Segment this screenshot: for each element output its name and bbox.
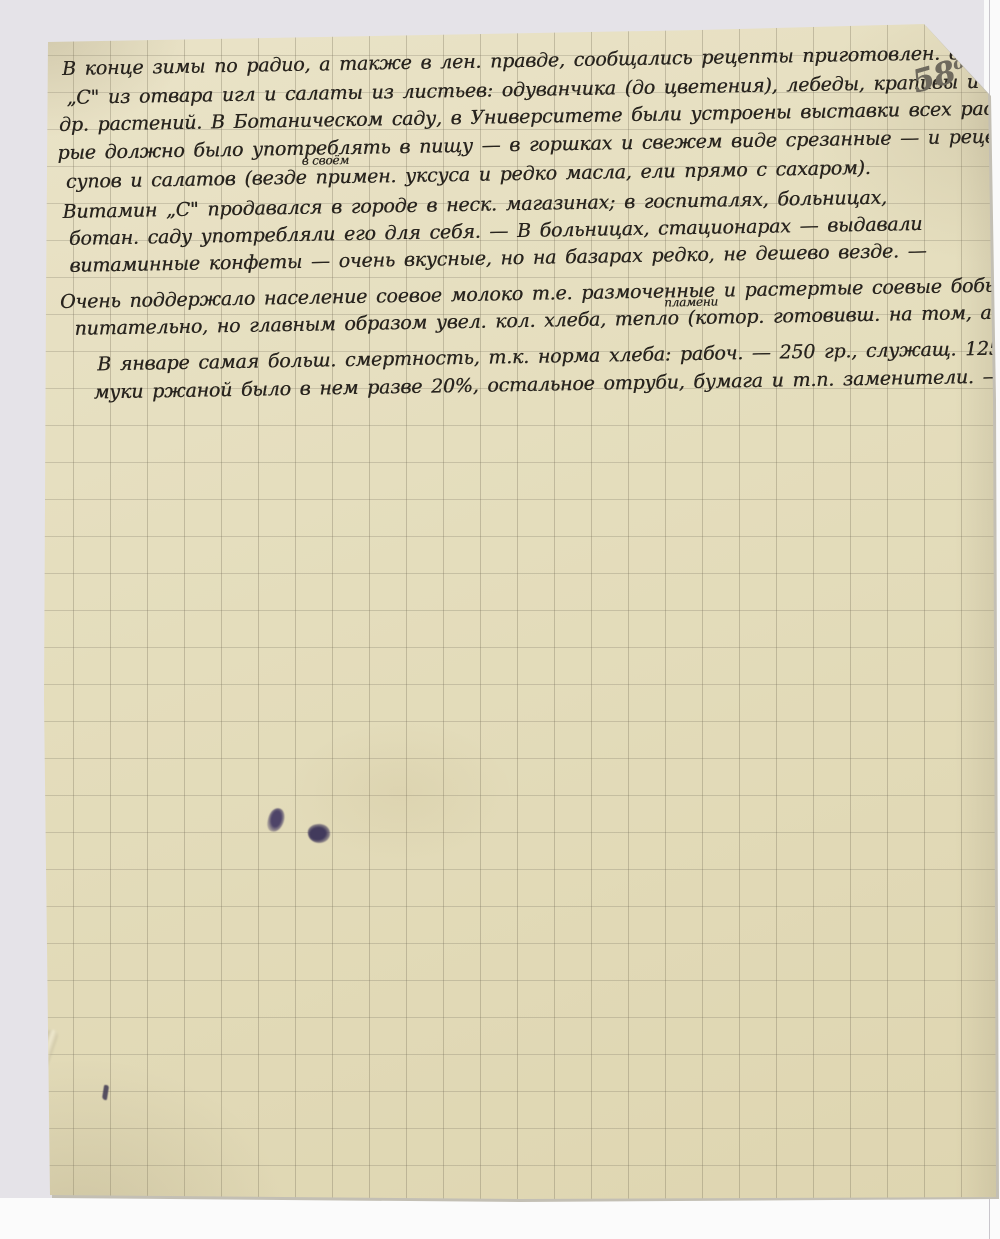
scanned-document: В конце зимы по радио, а также в лен. пр… xyxy=(0,0,1000,1239)
handwriting-block: В конце зимы по радио, а также в лен. пр… xyxy=(0,0,1000,1239)
page-number-suffix: об xyxy=(950,49,978,75)
handwriting-line: супов и салатов (везде примен. уксуса и … xyxy=(66,157,871,193)
paper-sheet: В конце зимы по радио, а также в лен. пр… xyxy=(0,0,1000,1239)
scan-background-strip-bottom xyxy=(0,1198,1000,1239)
